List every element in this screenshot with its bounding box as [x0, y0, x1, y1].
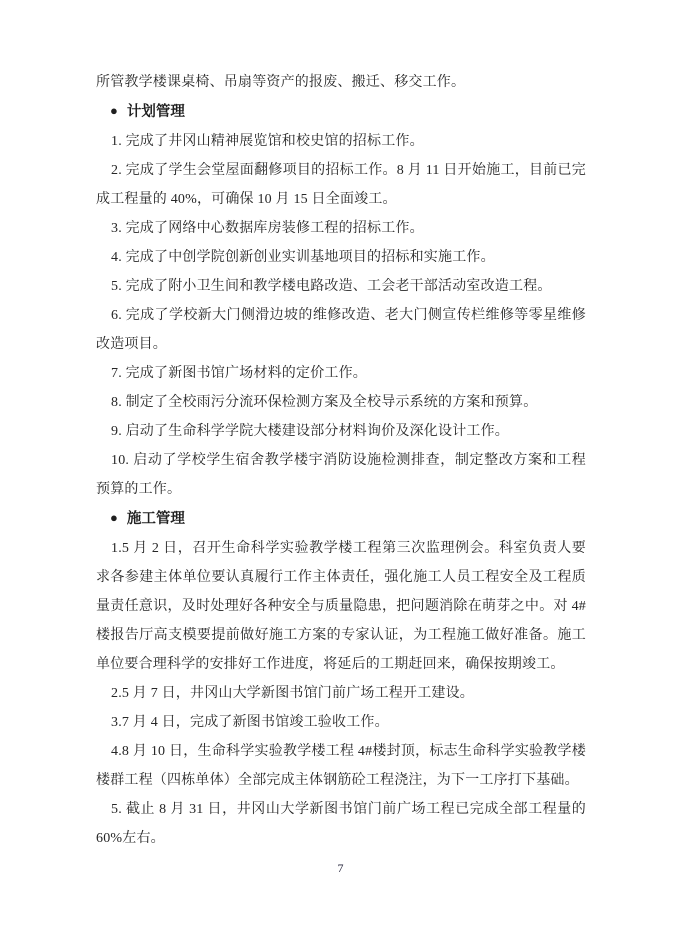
- list-item: 3. 完成了网络中心数据库房装修工程的招标工作。: [96, 214, 586, 243]
- list-item: 1. 完成了井冈山精神展览馆和校史馆的招标工作。: [96, 127, 586, 156]
- list-item: 10. 启动了学校学生宿舍教学楼宇消防设施检测排查，制定整改方案和工程预算的工作…: [96, 446, 586, 504]
- list-item: 5. 截止 8 月 31 日，井冈山大学新图书馆门前广场工程已完成全部工程量的 …: [96, 795, 586, 853]
- section-plan-management: ●计划管理 1. 完成了井冈山精神展览馆和校史馆的招标工作。 2. 完成了学生会…: [96, 97, 586, 504]
- list-item: 4.8 月 10 日，生命科学实验教学楼工程 4#楼封顶，标志生命科学实验教学楼…: [96, 737, 586, 795]
- list-item: 1.5 月 2 日，召开生命科学实验教学楼工程第三次监理例会。科室负责人要求各参…: [96, 534, 586, 679]
- list-item: 9. 启动了生命科学学院大楼建设部分材料询价及深化设计工作。: [96, 417, 586, 446]
- list-item: 3.7 月 4 日，完成了新图书馆竣工验收工作。: [96, 708, 586, 737]
- heading-label: 施工管理: [127, 511, 185, 527]
- intro-paragraph: 所管教学楼课桌椅、吊扇等资产的报废、搬迁、移交工作。: [96, 68, 586, 97]
- section-construction-management: ●施工管理 1.5 月 2 日，召开生命科学实验教学楼工程第三次监理例会。科室负…: [96, 504, 586, 853]
- bullet-icon: ●: [110, 503, 118, 532]
- list-item: 4. 完成了中创学院创新创业实训基地项目的招标和实施工作。: [96, 243, 586, 272]
- page-number: 7: [0, 859, 681, 877]
- list-item: 2.5 月 7 日，井冈山大学新图书馆门前广场工程开工建设。: [96, 679, 586, 708]
- list-item: 5. 完成了附小卫生间和教学楼电路改造、工会老干部活动室改造工程。: [96, 272, 586, 301]
- list-item: 8. 制定了全校雨污分流环保检测方案及全校导示系统的方案和预算。: [96, 388, 586, 417]
- document-page: 所管教学楼课桌椅、吊扇等资产的报废、搬迁、移交工作。 ●计划管理 1. 完成了井…: [0, 0, 681, 929]
- list-item: 2. 完成了学生会堂屋面翻修项目的招标工作。8 月 11 日开始施工，目前已完成…: [96, 156, 586, 214]
- heading-label: 计划管理: [127, 104, 185, 120]
- bullet-icon: ●: [110, 96, 118, 125]
- section-heading: ●计划管理: [96, 97, 586, 127]
- section-heading: ●施工管理: [96, 504, 586, 534]
- list-item: 6. 完成了学校新大门侧滑边坡的维修改造、老大门侧宣传栏维修等零星维修改造项目。: [96, 301, 586, 359]
- list-item: 7. 完成了新图书馆广场材料的定价工作。: [96, 359, 586, 388]
